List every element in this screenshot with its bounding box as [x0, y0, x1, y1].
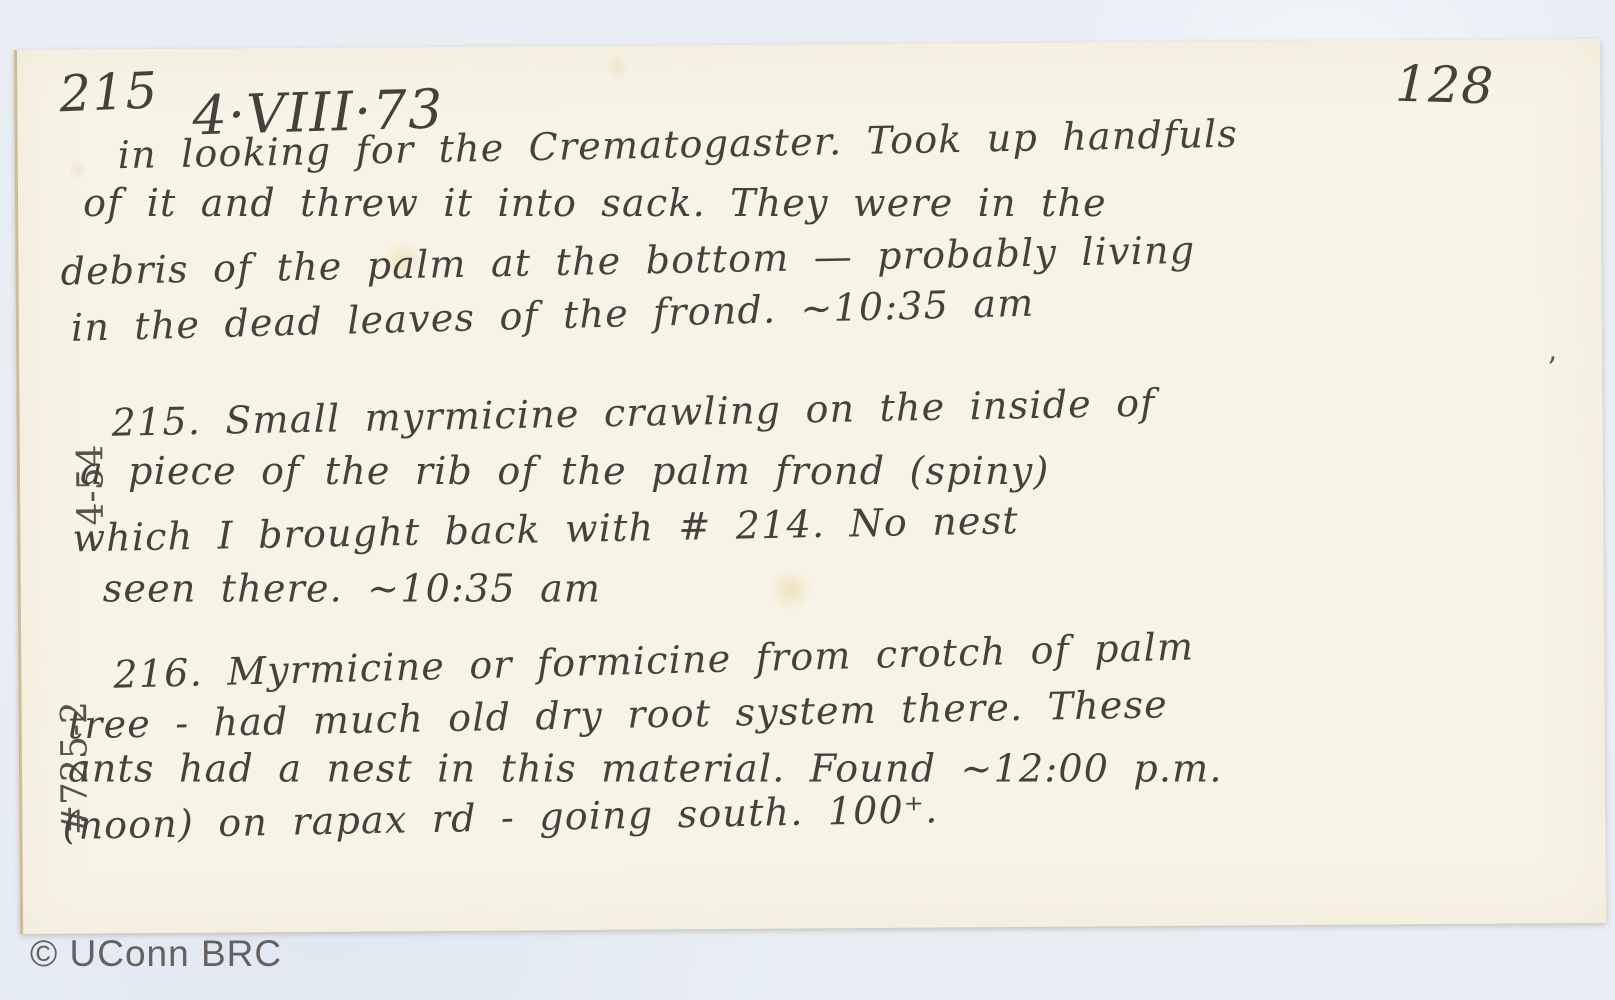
entry-215-line-2: a piece of the rib of the palm frond (sp… [80, 452, 1050, 490]
notecard: 215 4·VIII·73 128 in looking for the Cre… [14, 39, 1606, 934]
entry-216-line-3: ants had a nest in this material. Found … [68, 750, 1223, 788]
stray-ink-mark: ’ [1547, 351, 1557, 386]
entry-215-line-3: which I brought back with # 214. No nest [72, 501, 1019, 557]
entry-215-line-4: seen there. ~10:35 am [103, 570, 601, 608]
continuation-line-4: in the dead leaves of the frond. ~10:35 … [71, 284, 1035, 347]
copyright-watermark: © UConn BRC [30, 933, 282, 975]
entry-215-line-1: 215. Small myrmicine crawling on the ins… [111, 384, 1156, 442]
entry-216-line-4: (noon) on rapax rd - going south. 100⁺. [62, 790, 939, 845]
entry-number-header: 215 [58, 65, 159, 119]
entry-216-line-1: 216. Myrmicine or formicine from crotch … [113, 627, 1195, 693]
continuation-line-2: of it and threw it into sack. They were … [83, 184, 1107, 222]
page-number: 128 [1395, 59, 1495, 112]
entry-216-line-2: tree - had much old dry root system ther… [67, 685, 1168, 744]
